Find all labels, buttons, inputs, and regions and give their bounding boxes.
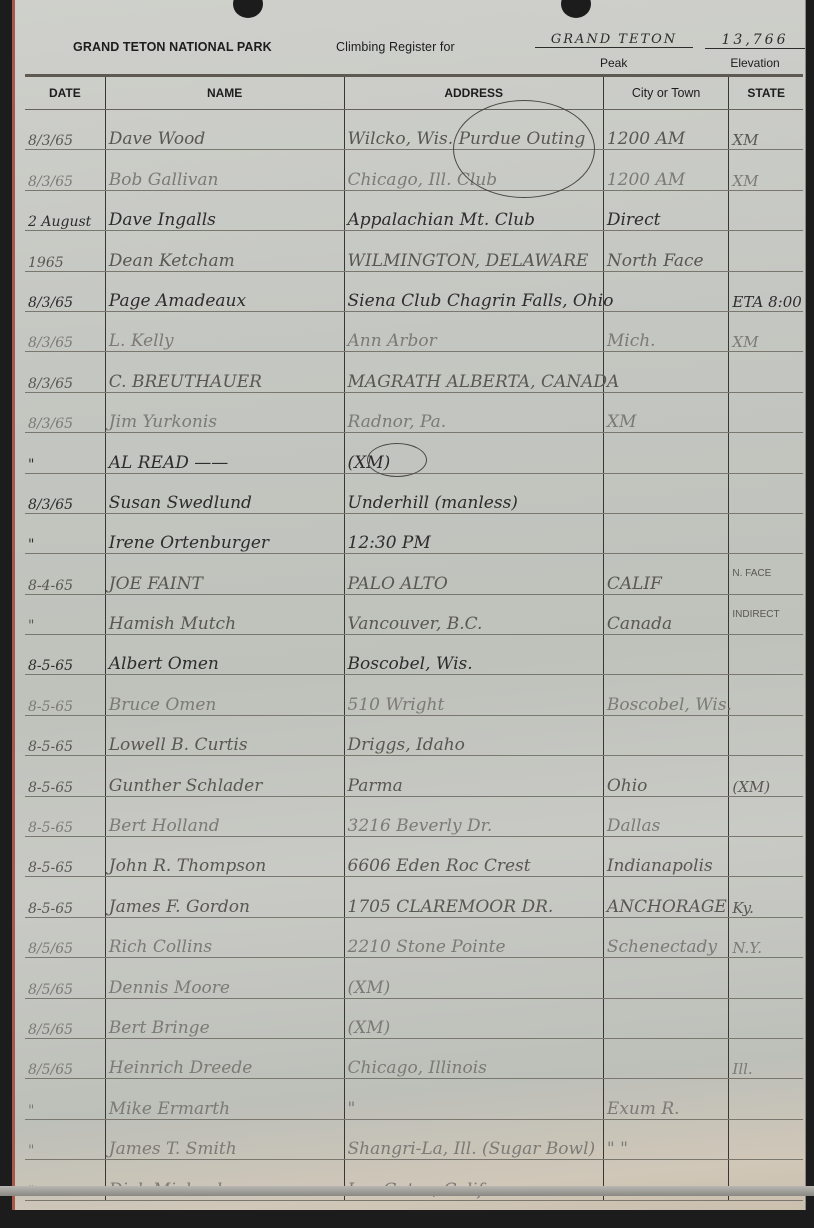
table-row: 8-4-65JOE FAINTPALO ALTOCALIFN. FACE [25,554,803,594]
cell-city: Canada [603,594,729,634]
elevation-label: Elevation [705,56,805,70]
cell-address: Chicago, Illinois [344,1038,603,1078]
cell-city: Schenectady [603,917,729,957]
cell-address: WILMINGTON, DELAWARE [344,231,603,271]
cell-city: Ohio [603,756,729,796]
cell-state [729,796,803,836]
table-row: 8-5-65Lowell B. CurtisDriggs, Idaho [25,715,803,755]
cell-address: Parma [344,756,603,796]
cell-date: 8/5/65 [25,998,105,1038]
cell-address: Boscobel, Wis. [344,635,603,675]
cell-city [603,635,729,675]
cell-city [603,1038,729,1078]
cell-city [603,958,729,998]
cell-name: Albert Omen [105,635,344,675]
cell-city: Exum R. [603,1079,729,1119]
cell-state: N. FACE [729,554,803,594]
cell-state [729,352,803,392]
cell-city: 1200 AM [603,150,729,190]
cell-date: 8-5-65 [25,756,105,796]
cell-state [729,837,803,877]
cell-name: Dave Wood [105,110,344,150]
cell-address: Appalachian Mt. Club [344,190,603,230]
table-row: 8-5-65Gunther SchladerParmaOhio(XM) [25,756,803,796]
cell-name: Lowell B. Curtis [105,715,344,755]
cell-city: Boscobel, Wis. [603,675,729,715]
table-row: 8/3/65Jim YurkonisRadnor, Pa.XM [25,392,803,432]
cell-date: 8-5-65 [25,635,105,675]
column-header-date: DATE [25,76,105,110]
cell-city: North Face [603,231,729,271]
cell-name: John R. Thompson [105,837,344,877]
table-row: 8/5/65Rich Collins2210 Stone PointeSchen… [25,917,803,957]
cell-date: 2 August [25,190,105,230]
cell-date: 8/3/65 [25,150,105,190]
cell-state: XM [729,311,803,351]
cell-state: XM [729,150,803,190]
cell-date: " [25,513,105,553]
cell-address: Siena Club Chagrin Falls, Ohio [344,271,603,311]
cell-city: Indianapolis [603,837,729,877]
cell-address: Shangri-La, Ill. (Sugar Bowl) [344,1119,603,1159]
cell-state [729,473,803,513]
table-row: 8/3/65Bob GallivanChicago, Ill. Club1200… [25,150,803,190]
table-row: "James T. SmithShangri-La, Ill. (Sugar B… [25,1119,803,1159]
cell-state: INDIRECT [729,594,803,634]
register-entries: 8/3/65Dave WoodWilcko, Wis. Purdue Outin… [25,110,803,1201]
cell-city: 1200 AM [603,110,729,150]
cell-name: Bert Holland [105,796,344,836]
table-row: 2 AugustDave IngallsAppalachian Mt. Club… [25,190,803,230]
cell-city: CALIF [603,554,729,594]
cell-date: 8/5/65 [25,958,105,998]
table-row: 8-5-65Bert Holland3216 Beverly Dr.Dallas [25,796,803,836]
cell-name: Susan Swedlund [105,473,344,513]
cell-date: " [25,433,105,473]
cell-city: " " [603,1119,729,1159]
peak-value: GRAND TETON [535,32,693,48]
table-row: 8/3/65Dave WoodWilcko, Wis. Purdue Outin… [25,110,803,150]
cell-address: (XM) [344,433,603,473]
cell-city: Dallas [603,796,729,836]
cell-date: 8/3/65 [25,392,105,432]
cell-state [729,958,803,998]
cell-date: 8/3/65 [25,271,105,311]
elevation-value: 13,766 [705,32,805,49]
cell-name: JOE FAINT [105,554,344,594]
cell-state [729,1119,803,1159]
cell-address: PALO ALTO [344,554,603,594]
cell-name: Hamish Mutch [105,594,344,634]
cell-address: Ann Arbor [344,311,603,351]
cell-city: XM [603,392,729,432]
table-row: "Mike Ermarth"Exum R. [25,1079,803,1119]
cell-date: " [25,594,105,634]
cell-address: 6606 Eden Roc Crest [344,837,603,877]
cell-name: C. BREUTHAUER [105,352,344,392]
table-row: 8/3/65Page AmadeauxSiena Club Chagrin Fa… [25,271,803,311]
cell-city: Mich. [603,311,729,351]
cell-name: L. Kelly [105,311,344,351]
cell-state: Ky. [729,877,803,917]
cell-name: Bob Gallivan [105,150,344,190]
cell-state: (XM) [729,756,803,796]
cell-address: Radnor, Pa. [344,392,603,432]
cell-name: James F. Gordon [105,877,344,917]
register-sheet: GRAND TETON NATIONAL PARK Climbing Regis… [12,0,806,1210]
table-row: 8-5-65John R. Thompson6606 Eden Roc Cres… [25,837,803,877]
cell-address: 3216 Beverly Dr. [344,796,603,836]
cell-address: Wilcko, Wis. Purdue Outing [344,110,603,150]
cell-name: AL READ —— [105,433,344,473]
table-header-row: DATE NAME ADDRESS City or Town STATE [25,76,803,110]
column-header-address: ADDRESS [344,76,603,110]
cell-date: 8-5-65 [25,837,105,877]
cell-city [603,513,729,553]
cell-state [729,1079,803,1119]
cell-date: 8/3/65 [25,352,105,392]
cell-address: 510 Wright [344,675,603,715]
column-header-city: City or Town [603,76,729,110]
table-row: 8/3/65L. KellyAnn ArborMich.XM [25,311,803,351]
cell-address: Driggs, Idaho [344,715,603,755]
cell-state [729,231,803,271]
cell-state [729,190,803,230]
cell-date: " [25,1119,105,1159]
cell-state [729,715,803,755]
cell-name: Gunther Schlader [105,756,344,796]
cell-name: Mike Ermarth [105,1079,344,1119]
cell-date: 8-5-65 [25,675,105,715]
table-row: 1965Dean KetchamWILMINGTON, DELAWARENort… [25,231,803,271]
cell-date: 8/5/65 [25,917,105,957]
cell-date: 1965 [25,231,105,271]
table-row: "AL READ ——(XM) [25,433,803,473]
cell-name: James T. Smith [105,1119,344,1159]
cell-name: Dennis Moore [105,958,344,998]
cell-date: 8-4-65 [25,554,105,594]
cell-address: Underhill (manless) [344,473,603,513]
cell-name: Heinrich Dreede [105,1038,344,1078]
cell-state: ETA 8:00 [729,271,803,311]
cell-state [729,513,803,553]
cell-address: Chicago, Ill. Club [344,150,603,190]
cell-city [603,352,729,392]
cell-date: 8-5-65 [25,877,105,917]
cell-city [603,271,729,311]
table-row: 8/3/65Susan SwedlundUnderhill (manless) [25,473,803,513]
table-row: 8/5/65Heinrich DreedeChicago, IllinoisIl… [25,1038,803,1078]
cell-name: Dean Ketcham [105,231,344,271]
cell-state: XM [729,110,803,150]
cell-name: Irene Ortenburger [105,513,344,553]
cell-state: Ill. [729,1038,803,1078]
table-row: 8/5/65Dennis Moore(XM) [25,958,803,998]
cell-date: 8/3/65 [25,311,105,351]
cell-address: " [344,1079,603,1119]
cell-name: Bert Bringe [105,998,344,1038]
cell-state [729,998,803,1038]
table-row: "Irene Ortenburger12:30 PM [25,513,803,553]
column-header-name: NAME [105,76,344,110]
register-table: DATE NAME ADDRESS City or Town STATE 8/3… [25,74,803,1201]
cell-state: N.Y. [729,917,803,957]
cell-city: ANCHORAGE [603,877,729,917]
cell-address: 1705 CLAREMOOR DR. [344,877,603,917]
cell-date: 8/5/65 [25,1038,105,1078]
cell-address: MAGRATH ALBERTA, CANADA [344,352,603,392]
cell-address: (XM) [344,958,603,998]
cell-city [603,715,729,755]
cell-name: Page Amadeaux [105,271,344,311]
cell-name: Dave Ingalls [105,190,344,230]
cell-state [729,433,803,473]
cell-address: Vancouver, B.C. [344,594,603,634]
column-header-state: STATE [729,76,803,110]
table-row: 8-5-65Bruce Omen510 WrightBoscobel, Wis. [25,675,803,715]
cell-date: 8-5-65 [25,715,105,755]
register-label: Climbing Register for [336,40,455,54]
cell-date: 8/3/65 [25,110,105,150]
table-row: 8-5-65Albert OmenBoscobel, Wis. [25,635,803,675]
cell-address: (XM) [344,998,603,1038]
cell-name: Jim Yurkonis [105,392,344,432]
cell-state [729,635,803,675]
cell-date: 8/3/65 [25,473,105,513]
binder-hole [233,0,263,18]
park-name: GRAND TETON NATIONAL PARK [73,40,272,54]
cell-city [603,473,729,513]
cell-state [729,392,803,432]
cell-city: Direct [603,190,729,230]
peak-label: Peak [600,56,627,70]
cell-address: 2210 Stone Pointe [344,917,603,957]
cell-city [603,433,729,473]
table-row: 8/5/65Bert Bringe(XM) [25,998,803,1038]
cell-date: 8-5-65 [25,796,105,836]
table-row: "Hamish MutchVancouver, B.C.CanadaINDIRE… [25,594,803,634]
table-row: 8/3/65C. BREUTHAUERMAGRATH ALBERTA, CANA… [25,352,803,392]
page-bottom-edge [0,1186,814,1196]
cell-state [729,675,803,715]
table-row: 8-5-65James F. Gordon1705 CLAREMOOR DR.A… [25,877,803,917]
binder-hole [561,0,591,18]
cell-date: " [25,1079,105,1119]
cell-name: Rich Collins [105,917,344,957]
cell-city [603,998,729,1038]
cell-name: Bruce Omen [105,675,344,715]
cell-address: 12:30 PM [344,513,603,553]
